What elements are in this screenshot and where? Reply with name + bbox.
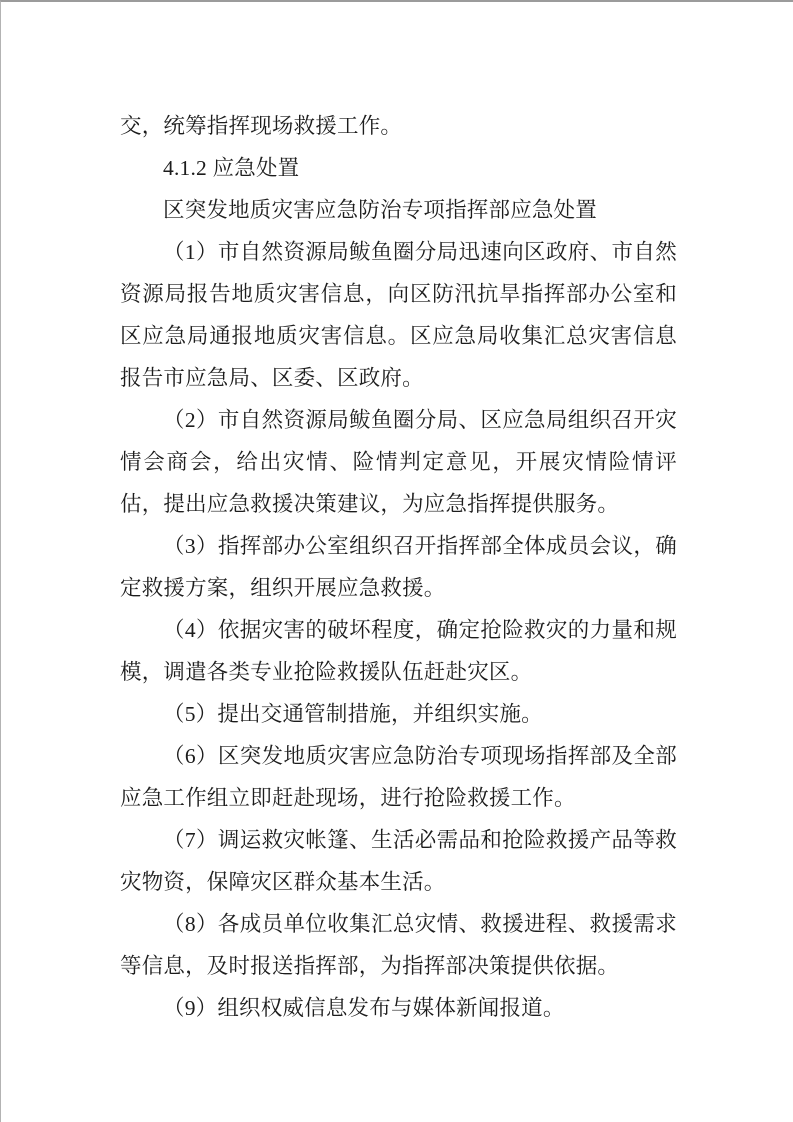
paragraph: （4）依据灾害的破坏程度，确定抢险救灾的力量和规模，调遣各类专业抢险救援队伍赶赴… — [120, 609, 677, 693]
document-page: 交，统筹指挥现场救援工作。4.1.2 应急处置区突发地质灾害应急防治专项指挥部应… — [0, 0, 793, 1122]
paragraph: 区突发地质灾害应急防治专项指挥部应急处置 — [120, 189, 677, 231]
paragraph: （7）调运救灾帐篷、生活必需品和抢险救援产品等救灾物资，保障灾区群众基本生活。 — [120, 819, 677, 903]
paragraph: 交，统筹指挥现场救援工作。 — [120, 105, 677, 147]
document-body: 交，统筹指挥现场救援工作。4.1.2 应急处置区突发地质灾害应急防治专项指挥部应… — [1, 2, 793, 1029]
paragraph: （3）指挥部办公室组织召开指挥部全体成员会议，确定救援方案，组织开展应急救援。 — [120, 525, 677, 609]
paragraph: （8）各成员单位收集汇总灾情、救援进程、救援需求等信息，及时报送指挥部，为指挥部… — [120, 903, 677, 987]
section-heading: 4.1.2 应急处置 — [120, 147, 677, 189]
paragraph: （1）市自然资源局鲅鱼圈分局迅速向区政府、市自然资源局报告地质灾害信息，向区防汛… — [120, 231, 677, 399]
paragraph: （9）组织权威信息发布与媒体新闻报道。 — [120, 987, 677, 1029]
paragraph: （6）区突发地质灾害应急防治专项现场指挥部及全部应急工作组立即赶赴现场，进行抢险… — [120, 735, 677, 819]
paragraph: （5）提出交通管制措施，并组织实施。 — [120, 693, 677, 735]
paragraph: （2）市自然资源局鲅鱼圈分局、区应急局组织召开灾情会商会，给出灾情、险情判定意见… — [120, 399, 677, 525]
